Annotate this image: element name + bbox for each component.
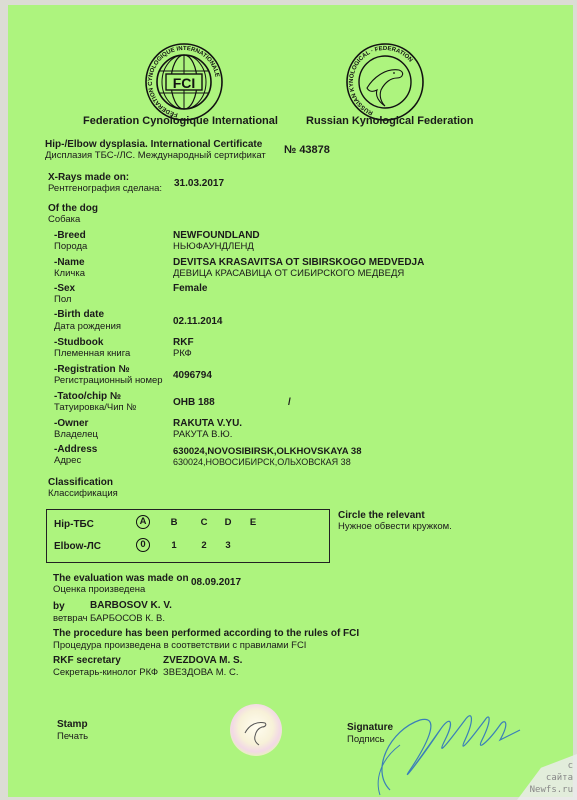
classification-box	[46, 509, 330, 563]
chip-separator: /	[288, 397, 291, 408]
elbow-grade-2: 2	[197, 539, 211, 553]
handwritten-signature-icon	[350, 700, 550, 800]
address-value-en: 630024,NOVOSIBIRSK,OLKHOVSKAYA 38	[173, 446, 362, 457]
sex-label-en: -Sex	[54, 283, 75, 294]
watermark-line-2: сайта	[530, 772, 573, 784]
procedure-text-ru: Процедура произведена в соответствии с п…	[53, 640, 306, 651]
vet-name-ru: БАРБОСОВ К. В.	[90, 613, 165, 624]
sex-value: Female	[173, 283, 207, 294]
breed-value-ru: НЬЮФАУНДЛЕНД	[173, 241, 254, 252]
birth-date-label-en: -Birth date	[54, 309, 104, 320]
hip-grade-D: D	[221, 516, 235, 530]
elbow-grade-0: 0	[136, 538, 150, 552]
owner-label-en: -Owner	[54, 418, 88, 429]
name-value-en: DEVITSA KRASAVITSA OT SIBIRSKOGO MEDVEDJ…	[173, 257, 424, 268]
birth-date-label-ru: Дата рождения	[54, 321, 121, 332]
elbow-grade-1: 1	[167, 539, 181, 553]
classification-label-en: Classification	[48, 477, 113, 488]
hip-grade-E: E	[246, 516, 260, 530]
watermark-line-3: Newfs.ru	[530, 784, 573, 796]
by-label-ru: ветврач	[53, 613, 88, 624]
org-right-title: Russian Kynological Federation	[306, 115, 473, 127]
certificate-title-ru: Дисплазия ТБС-/ЛС. Международный сертифи…	[45, 150, 266, 161]
sex-label-ru: Пол	[54, 294, 71, 305]
evaluation-label-en: The evaluation was made on	[53, 573, 189, 584]
studbook-value-ru: РКФ	[173, 348, 192, 359]
classification-label-ru: Классификация	[48, 488, 118, 499]
elbow-grade-3: 3	[221, 539, 235, 553]
xray-date: 31.03.2017	[174, 178, 224, 189]
tattoo-chip-label-ru: Татуировка/Чип №	[54, 402, 136, 413]
circle-note-en: Circle the relevant	[338, 510, 425, 521]
procedure-text-en: The procedure has been performed accordi…	[53, 628, 359, 639]
owner-value-en: RAKUTA V.YU.	[173, 418, 242, 429]
xray-label-ru: Рентгенография сделана:	[48, 183, 162, 194]
hip-grade-B: B	[167, 516, 181, 530]
certificate-number: № 43878	[284, 144, 330, 156]
vet-name-en: BARBOSOV K. V.	[90, 600, 172, 611]
evaluation-label-ru: Оценка произведена	[53, 584, 145, 595]
secretary-name-en: ZVEZDOVA M. S.	[163, 655, 242, 666]
breed-value-en: NEWFOUNDLAND	[173, 230, 260, 241]
name-value-ru: ДЕВИЦА КРАСАВИЦА ОТ СИБИРСКОГО МЕДВЕДЯ	[173, 268, 404, 279]
xray-label-en: X-Rays made on:	[48, 172, 129, 183]
studbook-label-ru: Племенная книга	[54, 348, 130, 359]
tattoo-chip-label-en: -Tatoo/chip №	[54, 391, 121, 402]
fci-globe-logo-icon: FCI FEDERATION CYNOLOGIQUE INTERNATIONAL…	[144, 42, 224, 122]
name-label-ru: Кличка	[54, 268, 85, 279]
owner-label-ru: Владелец	[54, 429, 98, 440]
org-left-title: Federation Cynologique International	[83, 115, 278, 127]
dog-section-label-ru: Собака	[48, 214, 80, 225]
hip-label: Hip-ТБС	[54, 519, 94, 530]
certificate-title-en: Hip-/Elbow dysplasia. International Cert…	[45, 139, 262, 150]
rkf-borzoi-logo-icon: RUSSIAN KYNOLOGICAL · FEDERATION	[345, 42, 425, 122]
by-label-en: by	[53, 601, 65, 612]
hip-grade-C: C	[197, 516, 211, 530]
evaluation-date: 08.09.2017	[191, 577, 241, 588]
name-label-en: -Name	[54, 257, 85, 268]
site-watermark: с сайта Newfs.ru	[530, 760, 573, 796]
registration-value: 4096794	[173, 370, 212, 381]
address-label-ru: Адрес	[54, 455, 81, 466]
secretary-label-en: RKF secretary	[53, 655, 121, 666]
elbow-label: Elbow-ЛС	[54, 541, 101, 552]
tattoo-value: OHB 188	[173, 397, 215, 408]
watermark-line-1: с	[530, 760, 573, 772]
address-label-en: -Address	[54, 444, 97, 455]
secretary-label-ru: Секретарь-кинолог РКФ	[53, 667, 158, 678]
breed-label-ru: Порода	[54, 241, 87, 252]
svg-text:FCI: FCI	[173, 75, 196, 91]
hip-grade-A: A	[136, 515, 150, 529]
circle-note-ru: Нужное обвести кружком.	[338, 521, 452, 532]
address-value-ru: 630024,НОВОСИБИРСК,ОЛЬХОВСКАЯ 38	[173, 457, 351, 468]
birth-date-value: 02.11.2014	[173, 316, 223, 327]
registration-label-en: -Registration №	[54, 364, 130, 375]
registration-label-ru: Регистрационный номер	[54, 375, 163, 386]
breed-label-en: -Breed	[54, 230, 86, 241]
secretary-name-ru: ЗВЕЗДОВА М. С.	[163, 667, 238, 678]
stamp-label-en: Stamp	[57, 719, 88, 730]
studbook-value-en: RKF	[173, 337, 194, 348]
studbook-label-en: -Studbook	[54, 337, 103, 348]
stamp-label-ru: Печать	[57, 731, 88, 742]
hologram-seal-icon	[229, 703, 283, 757]
owner-value-ru: РАКУТА В.Ю.	[173, 429, 232, 440]
dog-section-label-en: Of the dog	[48, 203, 98, 214]
